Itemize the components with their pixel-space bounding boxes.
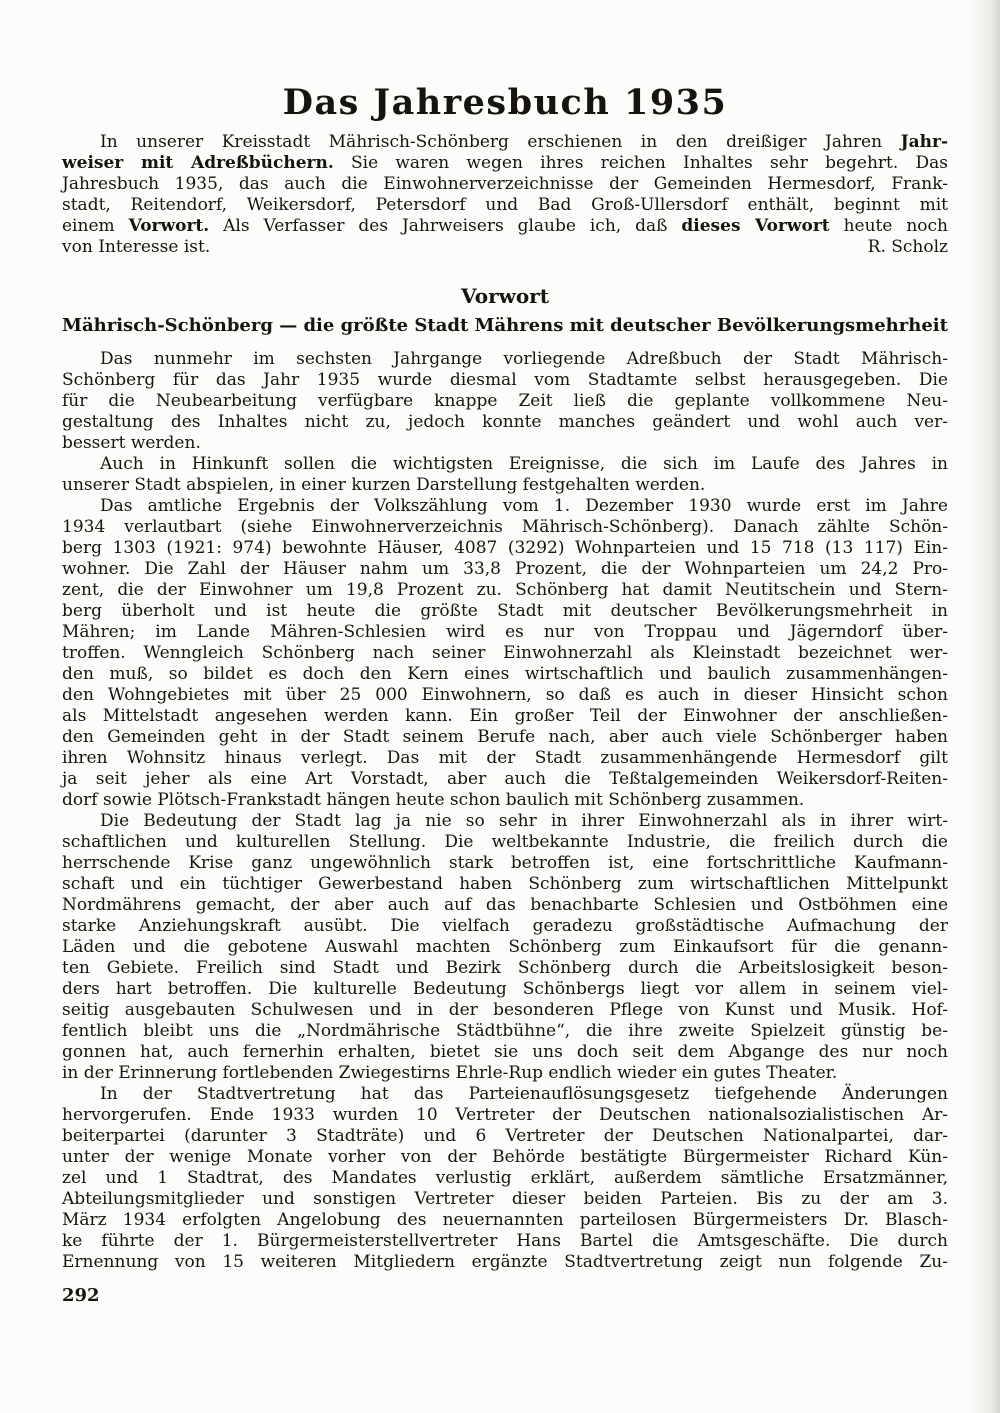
text-segment: herrschende Krise ganz ungewöhnlich star…: [62, 853, 948, 873]
text-line: gestaltung des Inhaltes nicht zu, jedoch…: [62, 412, 948, 433]
text-segment-group: hervorgerufen. Ende 1933 wurden 10 Vertr…: [62, 1105, 948, 1125]
text-segment: Läden und die gebotene Auswahl machten S…: [62, 937, 948, 957]
text-segment-group: ten Gebiete. Freilich sind Stadt und Bez…: [62, 958, 948, 978]
text-line: den muß, so bildet es doch den Kern eine…: [62, 664, 948, 685]
body-paragraph-1: Das nunmehr im sechsten Jahrgange vorlie…: [62, 349, 948, 454]
text-segment-group: Läden und die gebotene Auswahl machten S…: [62, 937, 948, 957]
text-segment-group: den muß, so bildet es doch den Kern eine…: [62, 664, 948, 684]
text-segment-group: März 1934 erfolgten Angelobung des neuer…: [62, 1210, 948, 1230]
text-segment: bessert werden.: [62, 433, 201, 453]
text-segment: ke führte der 1. Bürgermeisterstellvertr…: [62, 1231, 948, 1251]
text-line: Läden und die gebotene Auswahl machten S…: [62, 937, 948, 958]
text-segment: wohner. Die Zahl der Häuser nahm um 33,8…: [62, 559, 948, 579]
text-segment-group: als Mittelstadt angesehen werden kann. E…: [62, 706, 948, 726]
body-paragraph-4: Die Bedeutung der Stadt lag ja nie so se…: [62, 811, 948, 1084]
text-segment: hervorgerufen. Ende 1933 wurden 10 Vertr…: [62, 1105, 948, 1125]
text-segment-group: schaft und ein tüchtiger Gewerbestand ha…: [62, 874, 948, 894]
text-segment-group: starke Anziehungskraft ausübt. Die vielf…: [62, 916, 948, 936]
text-segment-group: unter der wenige Monate vorher von der B…: [62, 1147, 948, 1167]
bold-text-segment: Jahr-: [901, 132, 948, 152]
text-segment: berg 1303 (1921: 974) bewohnte Häuser, 4…: [62, 538, 948, 558]
text-line: bessert werden.: [62, 433, 948, 454]
body-paragraph-2: Auch in Hinkunft sollen die wichtigsten …: [62, 454, 948, 496]
text-segment-group: schaftlichen und kulturellen Stellung. D…: [62, 832, 948, 852]
text-segment-group: Jahresbuch 1935, das auch die Einwohnerv…: [62, 174, 948, 194]
text-segment-group: Abteilungsmitglieder und sonstigen Vertr…: [62, 1189, 948, 1209]
text-segment-group: troffen. Wenngleich Schönberg nach seine…: [62, 643, 948, 663]
text-segment: Jahresbuch 1935, das auch die Einwohnerv…: [62, 174, 948, 194]
body-text: Das nunmehr im sechsten Jahrgange vorlie…: [62, 349, 948, 1273]
text-segment-group: bessert werden.: [62, 433, 201, 453]
text-line: Auch in Hinkunft sollen die wichtigsten …: [62, 454, 948, 475]
text-segment-group: einem Vorwort. Als Verfasser des Jahrwei…: [62, 216, 948, 236]
text-segment: Die Bedeutung der Stadt lag ja nie so se…: [100, 811, 948, 831]
text-line: Schönberg für das Jahr 1935 wurde diesma…: [62, 370, 948, 391]
text-segment: beiterpartei (darunter 3 Stadträte) und …: [62, 1126, 948, 1146]
text-segment: unter der wenige Monate vorher von der B…: [62, 1147, 948, 1167]
text-line: in der Erinnerung fortlebenden Zwiegesti…: [62, 1063, 948, 1084]
text-segment-group: in der Erinnerung fortlebenden Zwiegesti…: [62, 1063, 837, 1083]
text-segment: gonnen hat, auch fernerhin erhalten, bie…: [62, 1042, 948, 1062]
text-segment: als Mittelstadt angesehen werden kann. E…: [62, 706, 948, 726]
text-segment: Das nunmehr im sechsten Jahrgange vorlie…: [100, 349, 948, 369]
text-segment: dorf sowie Plötsch-Frankstadt hängen heu…: [62, 790, 804, 810]
text-segment: gestaltung des Inhaltes nicht zu, jedoch…: [62, 412, 948, 432]
text-segment-group: ihren Wohnsitz hinaus verlegt. Das mit d…: [62, 748, 948, 768]
text-segment: In unserer Kreisstadt Mährisch-Schönberg…: [100, 132, 901, 152]
text-segment-group: Auch in Hinkunft sollen die wichtigsten …: [100, 454, 948, 474]
text-line: den Wohngebietes mit über 25 000 Einwohn…: [62, 685, 948, 706]
text-segment: von Interesse ist.: [62, 237, 210, 257]
text-segment: In der Stadtvertretung hat das Parteiena…: [100, 1084, 948, 1104]
text-segment: Sie waren wegen ihres reichen Inhaltes s…: [334, 153, 948, 173]
text-segment-group: stadt, Reitendorf, Weikersdorf, Petersdo…: [62, 195, 948, 215]
text-segment-group: gestaltung des Inhaltes nicht zu, jedoch…: [62, 412, 948, 432]
text-segment: stadt, Reitendorf, Weikersdorf, Petersdo…: [62, 195, 948, 215]
text-segment-group: den Wohngebietes mit über 25 000 Einwohn…: [62, 685, 948, 705]
text-segment: März 1934 erfolgten Angelobung des neuer…: [62, 1210, 948, 1230]
section-heading: Vorwort: [62, 285, 948, 308]
page-number: 292: [62, 1285, 948, 1306]
text-segment: troffen. Wenngleich Schönberg nach seine…: [62, 643, 948, 663]
text-line: ke führte der 1. Bürgermeisterstellvertr…: [62, 1231, 948, 1252]
text-segment: unserer Stadt abspielen, in einer kurzen…: [62, 475, 705, 495]
text-line: berg 1303 (1921: 974) bewohnte Häuser, 4…: [62, 538, 948, 559]
text-segment: schaftlichen und kulturellen Stellung. D…: [62, 832, 948, 852]
bold-text-segment: weiser mit Adreßbüchern.: [62, 153, 334, 173]
text-segment: seitig ausgebauten Schulwesen und in der…: [62, 1000, 948, 1020]
text-segment: Abteilungsmitglieder und sonstigen Vertr…: [62, 1189, 948, 1209]
text-line: beiterpartei (darunter 3 Stadträte) und …: [62, 1126, 948, 1147]
text-segment: Auch in Hinkunft sollen die wichtigsten …: [100, 454, 948, 474]
text-line: berg überholt und ist heute die größte S…: [62, 601, 948, 622]
body-paragraph-5: In der Stadtvertretung hat das Parteiena…: [62, 1084, 948, 1273]
text-segment-group: gonnen hat, auch fernerhin erhalten, bie…: [62, 1042, 948, 1062]
text-segment: Als Verfasser des Jahrweisers glaube ich…: [209, 216, 681, 236]
text-line: Nordmährens gemacht, der aber auch auf d…: [62, 895, 948, 916]
text-segment: den muß, so bildet es doch den Kern eine…: [62, 664, 948, 684]
text-segment: für die Neubearbeitung verfügbare knappe…: [62, 391, 948, 411]
text-segment-group: beiterpartei (darunter 3 Stadträte) und …: [62, 1126, 948, 1146]
text-segment-group: berg 1303 (1921: 974) bewohnte Häuser, 4…: [62, 538, 948, 558]
text-line: schaft und ein tüchtiger Gewerbestand ha…: [62, 874, 948, 895]
text-segment: ten Gebiete. Freilich sind Stadt und Bez…: [62, 958, 948, 978]
text-line: einem Vorwort. Als Verfasser des Jahrwei…: [62, 216, 948, 237]
text-segment: Schönberg für das Jahr 1935 wurde diesma…: [62, 370, 948, 390]
text-segment: Mähren; im Lande Mähren-Schlesien wird e…: [62, 622, 948, 642]
text-line: starke Anziehungskraft ausübt. Die vielf…: [62, 916, 948, 937]
text-line: gonnen hat, auch fernerhin erhalten, bie…: [62, 1042, 948, 1063]
text-line: von Interesse ist.R. Scholz: [62, 237, 948, 258]
text-line: Ernennung von 15 weiteren Mitgliedern er…: [62, 1252, 948, 1273]
text-segment: Nordmährens gemacht, der aber auch auf d…: [62, 895, 948, 915]
text-line: herrschende Krise ganz ungewöhnlich star…: [62, 853, 948, 874]
scan-edge-shadow: [966, 0, 1000, 1413]
text-line: Jahresbuch 1935, das auch die Einwohnerv…: [62, 174, 948, 195]
text-line: zent, die der Einwohner um 19,8 Prozent …: [62, 580, 948, 601]
text-segment-group: ke führte der 1. Bürgermeisterstellvertr…: [62, 1231, 948, 1251]
text-segment-group: Mähren; im Lande Mähren-Schlesien wird e…: [62, 622, 948, 642]
text-line: Mähren; im Lande Mähren-Schlesien wird e…: [62, 622, 948, 643]
text-line: wohner. Die Zahl der Häuser nahm um 33,8…: [62, 559, 948, 580]
text-line: Das amtliche Ergebnis der Volkszählung v…: [62, 496, 948, 517]
text-line: schaftlichen und kulturellen Stellung. D…: [62, 832, 948, 853]
text-segment-group: zent, die der Einwohner um 19,8 Prozent …: [62, 580, 948, 600]
text-line: für die Neubearbeitung verfügbare knappe…: [62, 391, 948, 412]
text-segment-group: für die Neubearbeitung verfügbare knappe…: [62, 391, 948, 411]
text-line: fentlich bleibt uns die „Nordmährische S…: [62, 1021, 948, 1042]
text-line: den Gemeinden geht in der Stadt seinem B…: [62, 727, 948, 748]
scanned-book-page: Das Jahresbuch 1935 In unserer Kreisstad…: [0, 0, 1000, 1413]
text-line: In unserer Kreisstadt Mährisch-Schönberg…: [62, 132, 948, 153]
text-segment: den Gemeinden geht in der Stadt seinem B…: [62, 727, 948, 747]
text-segment: ja seit jeher als eine Art Vorstadt, abe…: [62, 769, 948, 789]
text-segment: schaft und ein tüchtiger Gewerbestand ha…: [62, 874, 948, 894]
text-segment: zent, die der Einwohner um 19,8 Prozent …: [62, 580, 948, 600]
text-line: hervorgerufen. Ende 1933 wurden 10 Vertr…: [62, 1105, 948, 1126]
text-segment: ders hart betroffen. Die kulturelle Bede…: [62, 979, 948, 999]
text-line: In der Stadtvertretung hat das Parteiena…: [62, 1084, 948, 1105]
text-line: dorf sowie Plötsch-Frankstadt hängen heu…: [62, 790, 948, 811]
text-line: Das nunmehr im sechsten Jahrgange vorlie…: [62, 349, 948, 370]
bold-text-segment: Vorwort.: [129, 216, 210, 236]
section-subheading: Mährisch-Schönberg — die größte Stadt Mä…: [62, 315, 948, 337]
text-segment-group: herrschende Krise ganz ungewöhnlich star…: [62, 853, 948, 873]
text-line: als Mittelstadt angesehen werden kann. E…: [62, 706, 948, 727]
text-segment-group: weiser mit Adreßbüchern. Sie waren wegen…: [62, 153, 948, 173]
body-paragraph-3: Das amtliche Ergebnis der Volkszählung v…: [62, 496, 948, 811]
text-line: ders hart betroffen. Die kulturelle Bede…: [62, 979, 948, 1000]
text-line: seitig ausgebauten Schulwesen und in der…: [62, 1000, 948, 1021]
text-segment-group: den Gemeinden geht in der Stadt seinem B…: [62, 727, 948, 747]
text-line: troffen. Wenngleich Schönberg nach seine…: [62, 643, 948, 664]
text-line: weiser mit Adreßbüchern. Sie waren wegen…: [62, 153, 948, 174]
text-segment: Das amtliche Ergebnis der Volkszählung v…: [100, 496, 948, 516]
author-signature: R. Scholz: [868, 237, 948, 258]
text-line: unserer Stadt abspielen, in einer kurzen…: [62, 475, 948, 496]
text-segment-group: Das nunmehr im sechsten Jahrgange vorlie…: [100, 349, 948, 369]
text-segment: ihren Wohnsitz hinaus verlegt. Das mit d…: [62, 748, 948, 768]
text-segment-group: Die Bedeutung der Stadt lag ja nie so se…: [100, 811, 948, 831]
text-segment-group: ja seit jeher als eine Art Vorstadt, abe…: [62, 769, 948, 789]
text-segment-group: wohner. Die Zahl der Häuser nahm um 33,8…: [62, 559, 948, 579]
text-segment-group: unserer Stadt abspielen, in einer kurzen…: [62, 475, 705, 495]
text-line: Die Bedeutung der Stadt lag ja nie so se…: [62, 811, 948, 832]
text-line: ihren Wohnsitz hinaus verlegt. Das mit d…: [62, 748, 948, 769]
page-title: Das Jahresbuch 1935: [62, 84, 948, 122]
text-segment: einem: [62, 216, 129, 236]
text-segment: heute noch: [830, 216, 948, 236]
intro-paragraph: In unserer Kreisstadt Mährisch-Schönberg…: [62, 132, 948, 258]
text-segment-group: dorf sowie Plötsch-Frankstadt hängen heu…: [62, 790, 804, 810]
text-segment: starke Anziehungskraft ausübt. Die vielf…: [62, 916, 948, 936]
text-segment-group: Das amtliche Ergebnis der Volkszählung v…: [100, 496, 948, 516]
text-segment-group: ders hart betroffen. Die kulturelle Bede…: [62, 979, 948, 999]
text-line: stadt, Reitendorf, Weikersdorf, Petersdo…: [62, 195, 948, 216]
text-segment-group: Nordmährens gemacht, der aber auch auf d…: [62, 895, 948, 915]
text-line: ten Gebiete. Freilich sind Stadt und Bez…: [62, 958, 948, 979]
text-line: 1934 verlautbart (siehe Einwohnerverzeic…: [62, 517, 948, 538]
text-column: Das Jahresbuch 1935 In unserer Kreisstad…: [62, 0, 948, 1306]
text-segment-group: seitig ausgebauten Schulwesen und in der…: [62, 1000, 948, 1020]
text-segment: fentlich bleibt uns die „Nordmährische S…: [62, 1021, 948, 1041]
text-segment-group: Ernennung von 15 weiteren Mitgliedern er…: [62, 1252, 948, 1272]
text-segment: berg überholt und ist heute die größte S…: [62, 601, 948, 621]
text-segment-group: von Interesse ist.: [62, 237, 210, 258]
text-segment-group: berg überholt und ist heute die größte S…: [62, 601, 948, 621]
text-segment: in der Erinnerung fortlebenden Zwiegesti…: [62, 1063, 837, 1083]
text-segment-group: In unserer Kreisstadt Mährisch-Schönberg…: [100, 132, 948, 152]
text-line: ja seit jeher als eine Art Vorstadt, abe…: [62, 769, 948, 790]
text-segment: Ernennung von 15 weiteren Mitgliedern er…: [62, 1252, 948, 1272]
bold-text-segment: dieses Vorwort: [681, 216, 829, 236]
text-segment: zel und 1 Stadtrat, des Mandates verlust…: [62, 1168, 948, 1188]
text-line: unter der wenige Monate vorher von der B…: [62, 1147, 948, 1168]
text-line: Abteilungsmitglieder und sonstigen Vertr…: [62, 1189, 948, 1210]
text-line: März 1934 erfolgten Angelobung des neuer…: [62, 1210, 948, 1231]
text-segment-group: zel und 1 Stadtrat, des Mandates verlust…: [62, 1168, 948, 1188]
text-segment-group: fentlich bleibt uns die „Nordmährische S…: [62, 1021, 948, 1041]
text-segment-group: 1934 verlautbart (siehe Einwohnerverzeic…: [62, 517, 948, 537]
text-segment: 1934 verlautbart (siehe Einwohnerverzeic…: [62, 517, 948, 537]
text-line: zel und 1 Stadtrat, des Mandates verlust…: [62, 1168, 948, 1189]
text-segment-group: In der Stadtvertretung hat das Parteiena…: [100, 1084, 948, 1104]
text-segment: den Wohngebietes mit über 25 000 Einwohn…: [62, 685, 948, 705]
text-segment-group: Schönberg für das Jahr 1935 wurde diesma…: [62, 370, 948, 390]
